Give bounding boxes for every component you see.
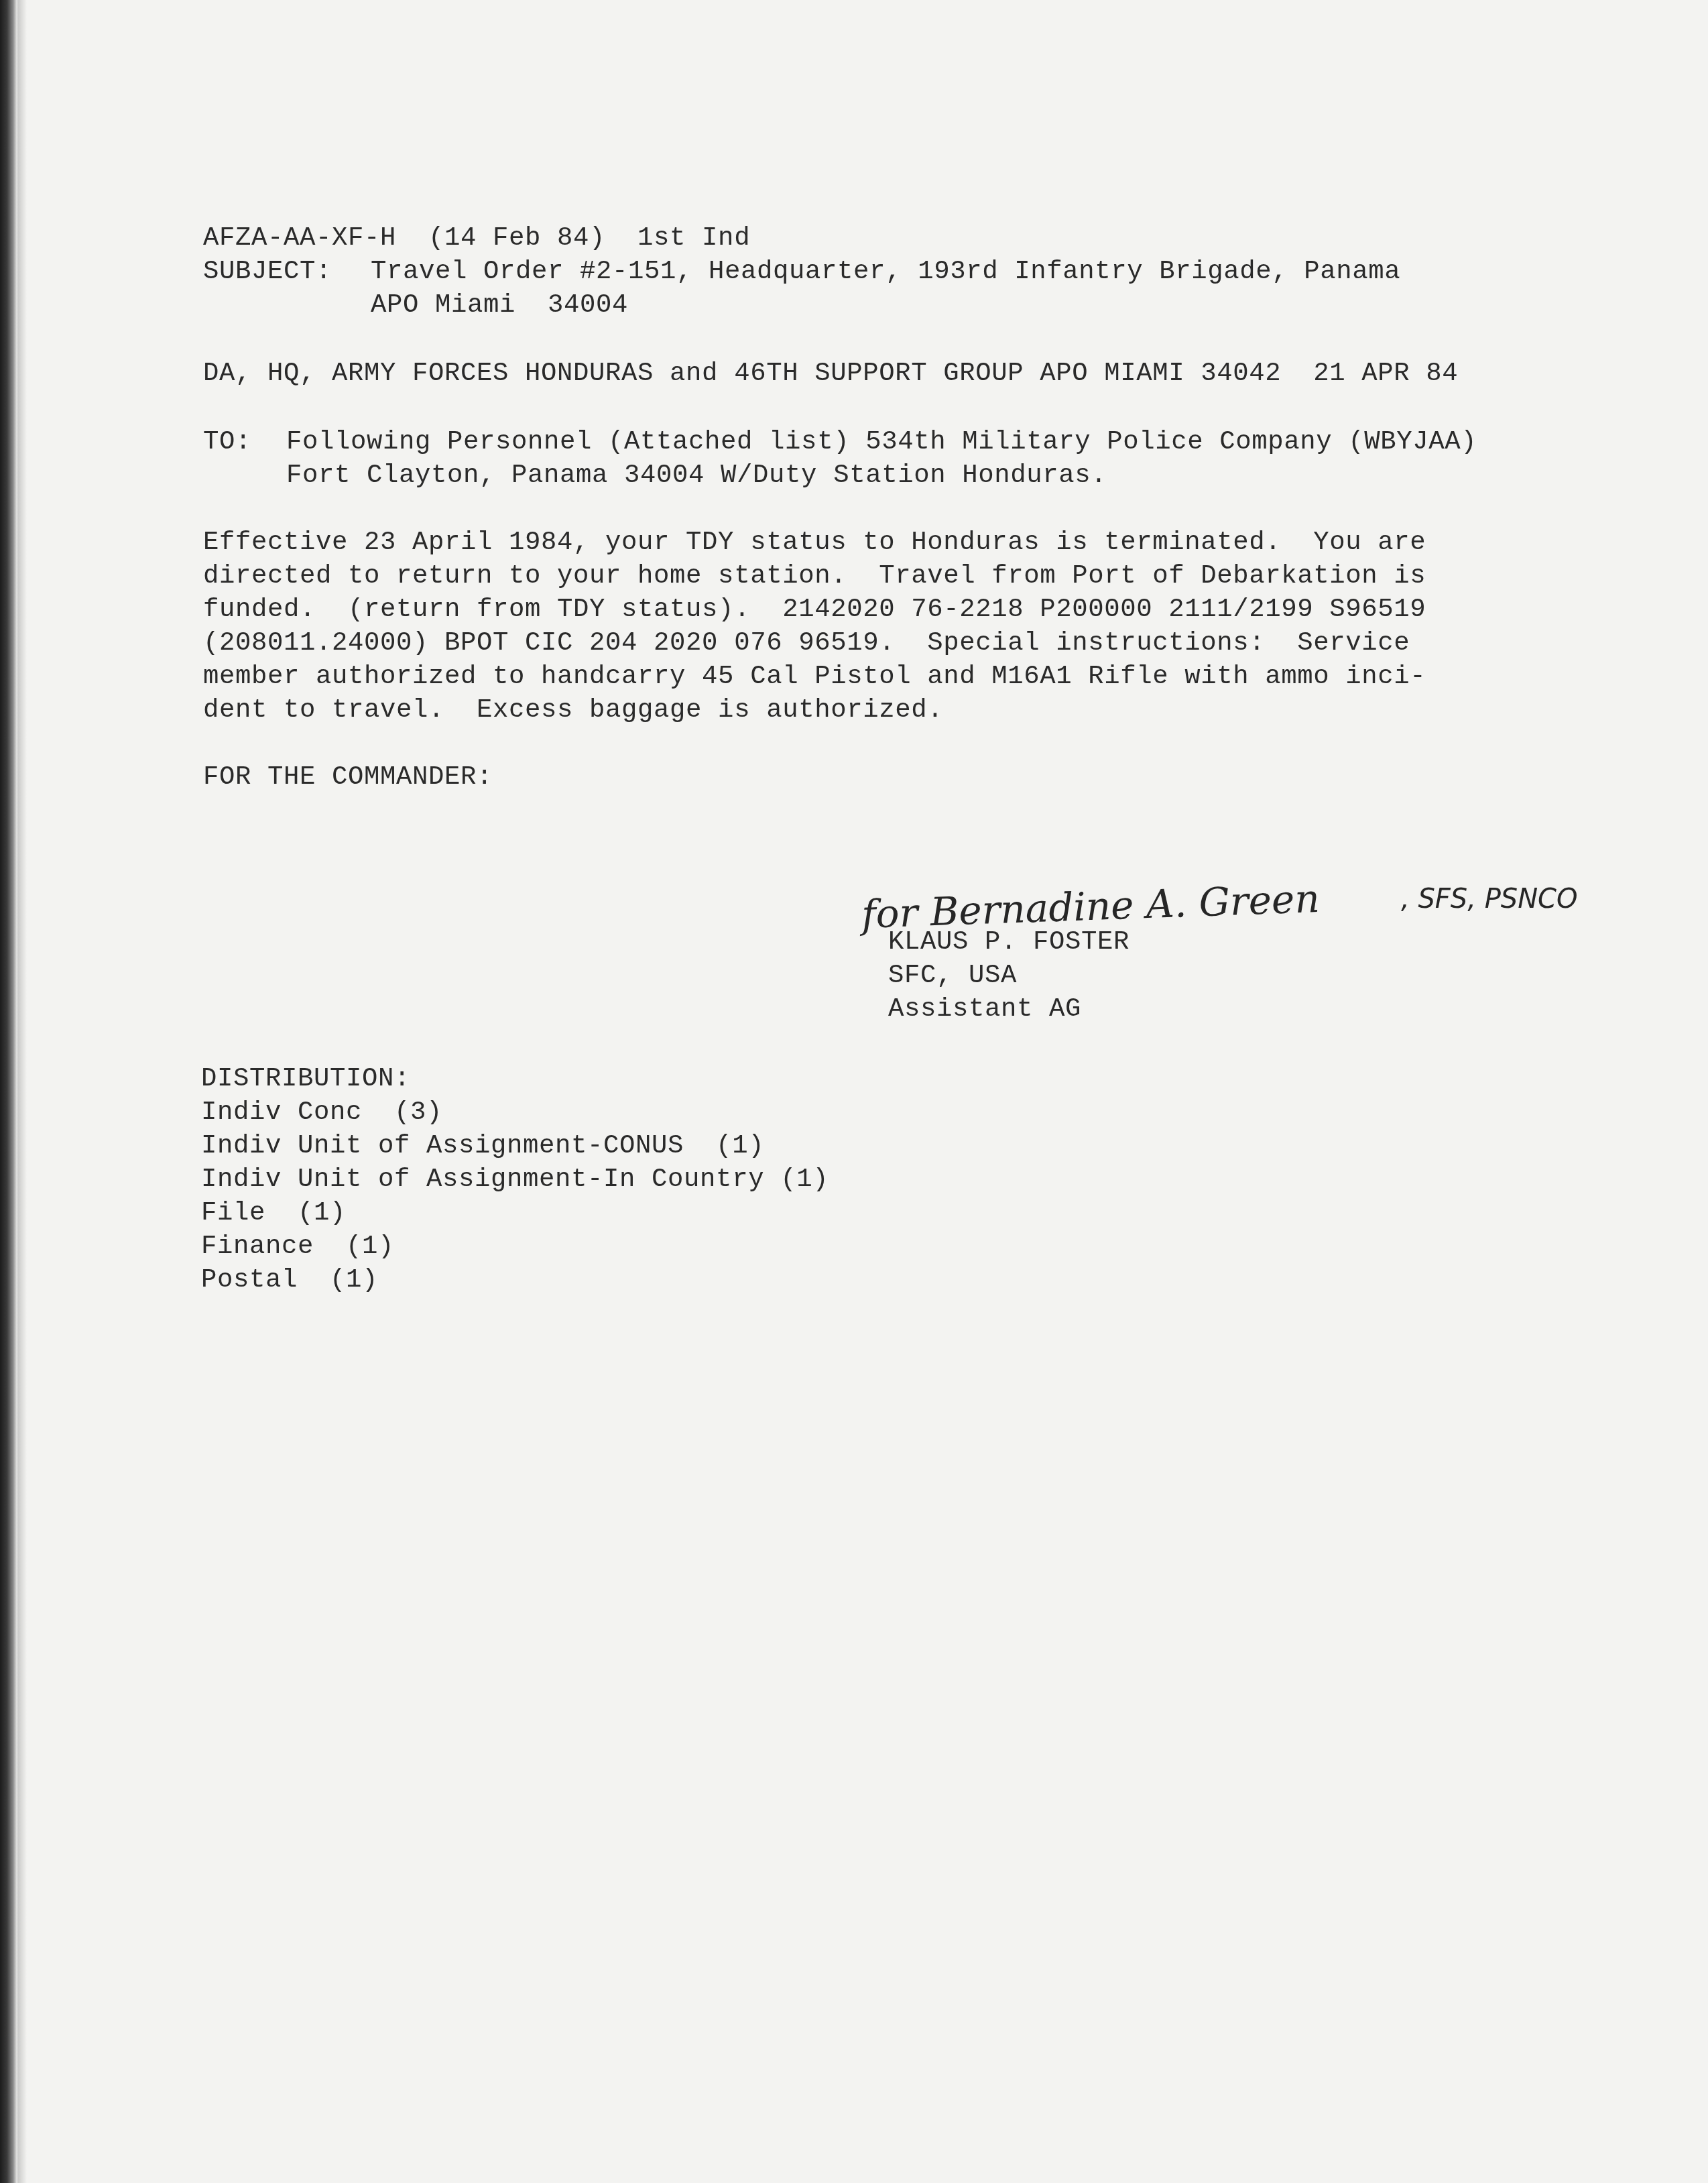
distribution-item: Indiv Unit of Assignment-In Country (1) [201, 1163, 829, 1196]
document-page: AFZA-AA-XF-H (14 Feb 84) 1st Ind SUBJECT… [0, 0, 1708, 2183]
body-line: directed to return to your home station.… [203, 559, 1426, 593]
distribution-item: Postal (1) [201, 1263, 378, 1297]
body-line: (208011.24000) BPOT CIC 204 2020 076 965… [203, 626, 1410, 660]
distribution-item: Finance (1) [201, 1230, 394, 1263]
signer-name: KLAUS P. FOSTER [888, 925, 1130, 959]
from-line: DA, HQ, ARMY FORCES HONDURAS and 46TH SU… [203, 357, 1458, 390]
body-line: member authorized to handcarry 45 Cal Pi… [203, 660, 1426, 693]
body-line: dent to travel. Excess baggage is author… [203, 693, 943, 727]
reference-line: AFZA-AA-XF-H (14 Feb 84) 1st Ind [203, 221, 750, 255]
distribution-item: Indiv Unit of Assignment-CONUS (1) [201, 1129, 764, 1163]
distribution-item: File (1) [201, 1196, 346, 1230]
to-line-2: Fort Clayton, Panama 34004 W/Duty Statio… [286, 459, 1107, 492]
distribution-item: Indiv Conc (3) [201, 1096, 442, 1129]
body-line: funded. (return from TDY status). 214202… [203, 593, 1426, 626]
handwritten-signature-title: , SFS, PSNCO [1401, 884, 1578, 914]
distribution-label: DISTRIBUTION: [201, 1062, 410, 1096]
closing-line: FOR THE COMMANDER: [203, 760, 493, 794]
signer-rank: SFC, USA [888, 959, 1017, 992]
signer-title: Assistant AG [888, 992, 1081, 1026]
subject-line-1: Travel Order #2-151, Headquarter, 193rd … [371, 255, 1400, 288]
subject-line-2: APO Miami 34004 [371, 288, 628, 322]
subject-label: SUBJECT: [203, 255, 332, 288]
to-label: TO: [203, 425, 251, 459]
to-line-1: Following Personnel (Attached list) 534t… [286, 425, 1477, 459]
body-line: Effective 23 April 1984, your TDY status… [203, 526, 1426, 559]
